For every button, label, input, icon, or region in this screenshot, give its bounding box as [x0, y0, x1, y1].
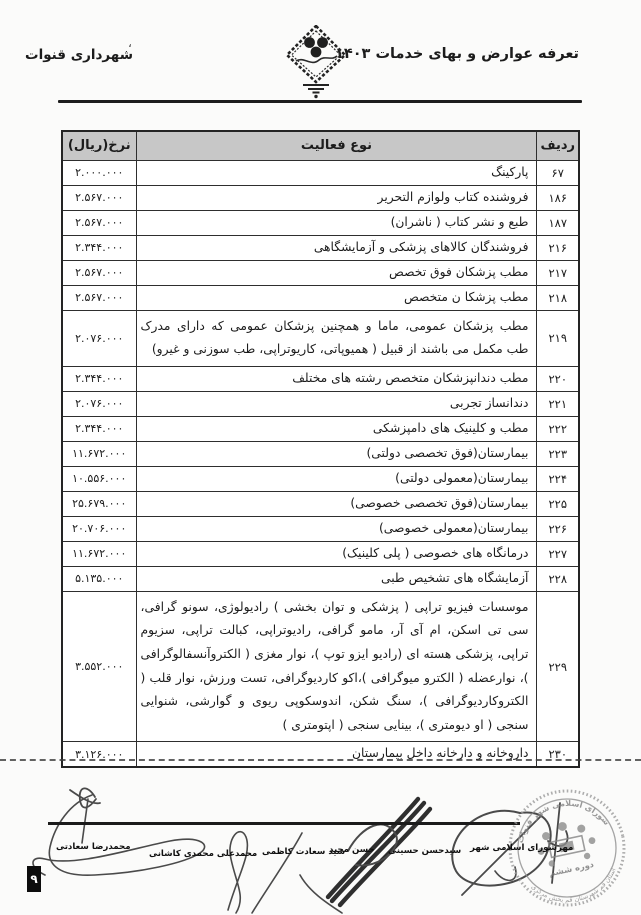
rate-cell: ۲.۳۴۴.۰۰۰ — [62, 416, 136, 441]
table-row: ۲۱۸مطب پزشکا ن متخصص۲.۵۶۷.۰۰۰ — [62, 285, 579, 310]
activity-cell: بیمارستان(فوق تخصصی خصوصی) — [136, 491, 537, 516]
document-page: تعرفه عوارض و بهای خدمات ۱۴۰۳ شهرداری قن… — [0, 0, 641, 915]
tariff-table-head: ردیف نوع فعالیت نرخ(ریال) — [62, 131, 579, 160]
rate-cell: ۲.۵۶۷.۰۰۰ — [62, 185, 136, 210]
activity-cell: مطب و کلینیک های دامپزشکی — [136, 416, 537, 441]
signatory-name: سید سعادت کاظمی — [262, 847, 345, 857]
table-row: ۱۸۷طبع و نشر کتاب ( ناشران)۲.۵۶۷.۰۰۰ — [62, 210, 579, 235]
table-row: ۲۲۳بیمارستان(فوق تخصصی دولتی)۱۱.۶۷۲.۰۰۰ — [62, 441, 579, 466]
row-number-cell: ۲۲۶ — [537, 516, 579, 541]
row-number-cell: ۲۲۵ — [537, 491, 579, 516]
table-row: ۲۲۲مطب و کلینیک های دامپزشکی۲.۳۴۴.۰۰۰ — [62, 416, 579, 441]
activity-cell: دندانساز تجربی — [136, 391, 537, 416]
svg-text:شورای اسلامی شهر قنوات: شورای اسلامی شهر قنوات — [509, 790, 612, 846]
rate-cell: ۳.۵۵۲.۰۰۰ — [62, 591, 136, 742]
rate-cell: ۲.۳۴۴.۰۰۰ — [62, 235, 136, 260]
stamp-ring-top-text: شورای اسلامی شهر قنوات — [509, 790, 612, 846]
row-number-cell: ۲۲۳ — [537, 441, 579, 466]
rate-cell: ۲.۵۶۷.۰۰۰ — [62, 210, 136, 235]
table-row: ۲۲۹موسسات فیزیو تراپی ( پزشکی و توان بخش… — [62, 591, 579, 742]
rate-cell: ۲۰.۷۰۶.۰۰۰ — [62, 516, 136, 541]
signature-line — [48, 822, 520, 825]
activity-cell: پارکینگ — [136, 160, 537, 185]
table-row: ۲۱۶فروشندگان کالاهای پزشکی و آزمایشگاهی۲… — [62, 235, 579, 260]
activity-cell: بیمارستان(معمولی دولتی) — [136, 466, 537, 491]
row-number-cell: ۱۸۶ — [537, 185, 579, 210]
activity-cell: درمانگاه های خصوصی ( پلی کلینیک) — [136, 541, 537, 566]
rate-cell: ۱۰.۵۵۶.۰۰۰ — [62, 466, 136, 491]
signatory-name: محمدعلی محمدی کاشانی — [149, 849, 257, 859]
document-title: تعرفه عوارض و بهای خدمات ۱۴۰۳ — [335, 46, 579, 62]
row-number-cell: ۲۱۶ — [537, 235, 579, 260]
rate-cell: ۵.۱۳۵.۰۰۰ — [62, 566, 136, 591]
activity-cell: بیمارستان(معمولی خصوصی) — [136, 516, 537, 541]
table-header-row: ردیف نوع فعالیت نرخ(ریال) — [62, 131, 579, 160]
row-number-cell: ۲۲۰ — [537, 366, 579, 391]
table-row: ۲۲۱دندانساز تجربی۲.۰۷۶.۰۰۰ — [62, 391, 579, 416]
row-number-cell: ۲۲۲ — [537, 416, 579, 441]
seal-caption: مهرشورای اسلامی شهر — [470, 843, 573, 853]
tariff-table-body: ۶۷پارکینگ۲.۰۰۰.۰۰۰۱۸۶فروشنده کتاب ولوازم… — [62, 160, 579, 767]
table-row: ۲۱۹مطب پزشکان عمومی، ماما و همچنین پزشکا… — [62, 310, 579, 366]
stamp-term-text: دوره ششم — [548, 859, 595, 879]
rate-cell: ۲۵.۶۷۹.۰۰۰ — [62, 491, 136, 516]
table-row: ۲۲۷درمانگاه های خصوصی ( پلی کلینیک)۱۱.۶۷… — [62, 541, 579, 566]
row-number-cell: ۲۱۹ — [537, 310, 579, 366]
municipality-name: شهرداری قنوات — [25, 47, 133, 63]
header-activity: نوع فعالیت — [136, 131, 537, 160]
row-number-cell: ۲۲۷ — [537, 541, 579, 566]
activity-cell: فروشندگان کالاهای پزشکی و آزمایشگاهی — [136, 235, 537, 260]
table-row: ۶۷پارکینگ۲.۰۰۰.۰۰۰ — [62, 160, 579, 185]
activity-cell: بیمارستان(فوق تخصصی دولتی) — [136, 441, 537, 466]
header-divider — [58, 100, 582, 103]
row-number-cell: ۲۲۱ — [537, 391, 579, 416]
header-rate: نرخ(ریال) — [62, 131, 136, 160]
table-row: ۲۲۶بیمارستان(معمولی خصوصی)۲۰.۷۰۶.۰۰۰ — [62, 516, 579, 541]
row-number-cell: ۲۱۸ — [537, 285, 579, 310]
table-row: ۲۲۸آزمایشگاه های تشخیص طبی۵.۱۳۵.۰۰۰ — [62, 566, 579, 591]
row-number-cell: ۱۸۷ — [537, 210, 579, 235]
rate-cell: ۲.۰۰۰.۰۰۰ — [62, 160, 136, 185]
page-number-badge: ۹ — [27, 866, 41, 892]
row-number-cell: ۲۱۷ — [537, 260, 579, 285]
row-number-cell: ۲۲۸ — [537, 566, 579, 591]
row-number-cell: ۲۲۹ — [537, 591, 579, 742]
table-row: ۲۱۷مطب پزشکان فوق تخصص۲.۵۶۷.۰۰۰ — [62, 260, 579, 285]
activity-cell: مطب دندانپزشکان متخصص رشته های مختلف — [136, 366, 537, 391]
rate-cell: ۲.۰۷۶.۰۰۰ — [62, 310, 136, 366]
row-number-cell: ۶۷ — [537, 160, 579, 185]
municipality-logo-icon — [283, 25, 349, 99]
stray-ink-mark: ، — [128, 36, 132, 50]
activity-cell: مطب پزشکان فوق تخصص — [136, 260, 537, 285]
table-row: ۱۸۶فروشنده کتاب ولوازم التحریر۲.۵۶۷.۰۰۰ — [62, 185, 579, 210]
activity-cell: مطب پزشکا ن متخصص — [136, 285, 537, 310]
activity-cell: فروشنده کتاب ولوازم التحریر — [136, 185, 537, 210]
tariff-table: ردیف نوع فعالیت نرخ(ریال) ۶۷پارکینگ۲.۰۰۰… — [61, 130, 580, 768]
rate-cell: ۲.۵۶۷.۰۰۰ — [62, 260, 136, 285]
table-row: ۲۲۰مطب دندانپزشکان متخصص رشته های مختلف۲… — [62, 366, 579, 391]
rate-cell: ۲.۰۷۶.۰۰۰ — [62, 391, 136, 416]
activity-cell: مطب پزشکان عمومی، ماما و همچنین پزشکان ع… — [136, 310, 537, 366]
signatory-name: محمدرضا سعادتی — [56, 842, 131, 852]
row-number-cell: ۲۲۴ — [537, 466, 579, 491]
header-row-number: ردیف — [537, 131, 579, 160]
rate-cell: ۲.۳۴۴.۰۰۰ — [62, 366, 136, 391]
activity-cell: آزمایشگاه های تشخیص طبی — [136, 566, 537, 591]
rate-cell: ۱۱.۶۷۲.۰۰۰ — [62, 441, 136, 466]
table-row: ۲۲۴بیمارستان(معمولی دولتی)۱۰.۵۵۶.۰۰۰ — [62, 466, 579, 491]
rate-cell: ۲.۵۶۷.۰۰۰ — [62, 285, 136, 310]
activity-cell: طبع و نشر کتاب ( ناشران) — [136, 210, 537, 235]
activity-cell: موسسات فیزیو تراپی ( پزشکی و توان بخشی )… — [136, 591, 537, 742]
signatory-name: سیدحسن حسینی — [388, 846, 461, 856]
table-row: ۲۲۵بیمارستان(فوق تخصصی خصوصی)۲۵.۶۷۹.۰۰۰ — [62, 491, 579, 516]
rate-cell: ۱۱.۶۷۲.۰۰۰ — [62, 541, 136, 566]
